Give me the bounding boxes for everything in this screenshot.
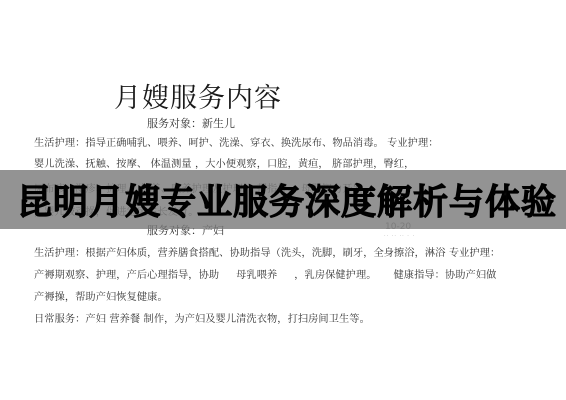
service-target-newborn: 服务对象：新生儿 xyxy=(147,115,235,131)
document-title: 月嫂服务内容 xyxy=(114,76,282,115)
daily-service-line: 日常服务：产妇 营养餐 制作，为产妇及婴儿清洗衣物，打扫房间卫生等。 xyxy=(34,310,370,325)
newborn-line-1: 生活护理：指导正确哺乳、喂养、呵护、洗澡、穿衣、换洗尿布、物品消毒。 专业护理： xyxy=(34,134,439,149)
newborn-line-2: 婴儿洗澡、抚触、按摩、 体温测量 ，大小便观察，口腔，黄疸， 脐部护理，臀红， xyxy=(34,155,414,170)
mother-line-2: 产褥期观察、护理，产后心理指导，协助 母乳喂养 ，乳房保健护理。 健康指导：协助… xyxy=(34,266,496,281)
headline-text: 昆明月嫂专业服务深度解析与体验 xyxy=(17,175,557,225)
date-sub-text: ·· ·· ·· · · xyxy=(384,233,415,239)
mother-line-3: 产褥操，帮助产妇恢复健康。 xyxy=(34,288,168,303)
headline-banner: 昆明月嫂专业服务深度解析与体验 xyxy=(0,170,566,229)
mother-line-1: 生活护理：根据产妇体质，营养膳食搭配、协助指导（洗头，洗脚，刷牙，全身擦浴，淋浴… xyxy=(34,244,500,259)
